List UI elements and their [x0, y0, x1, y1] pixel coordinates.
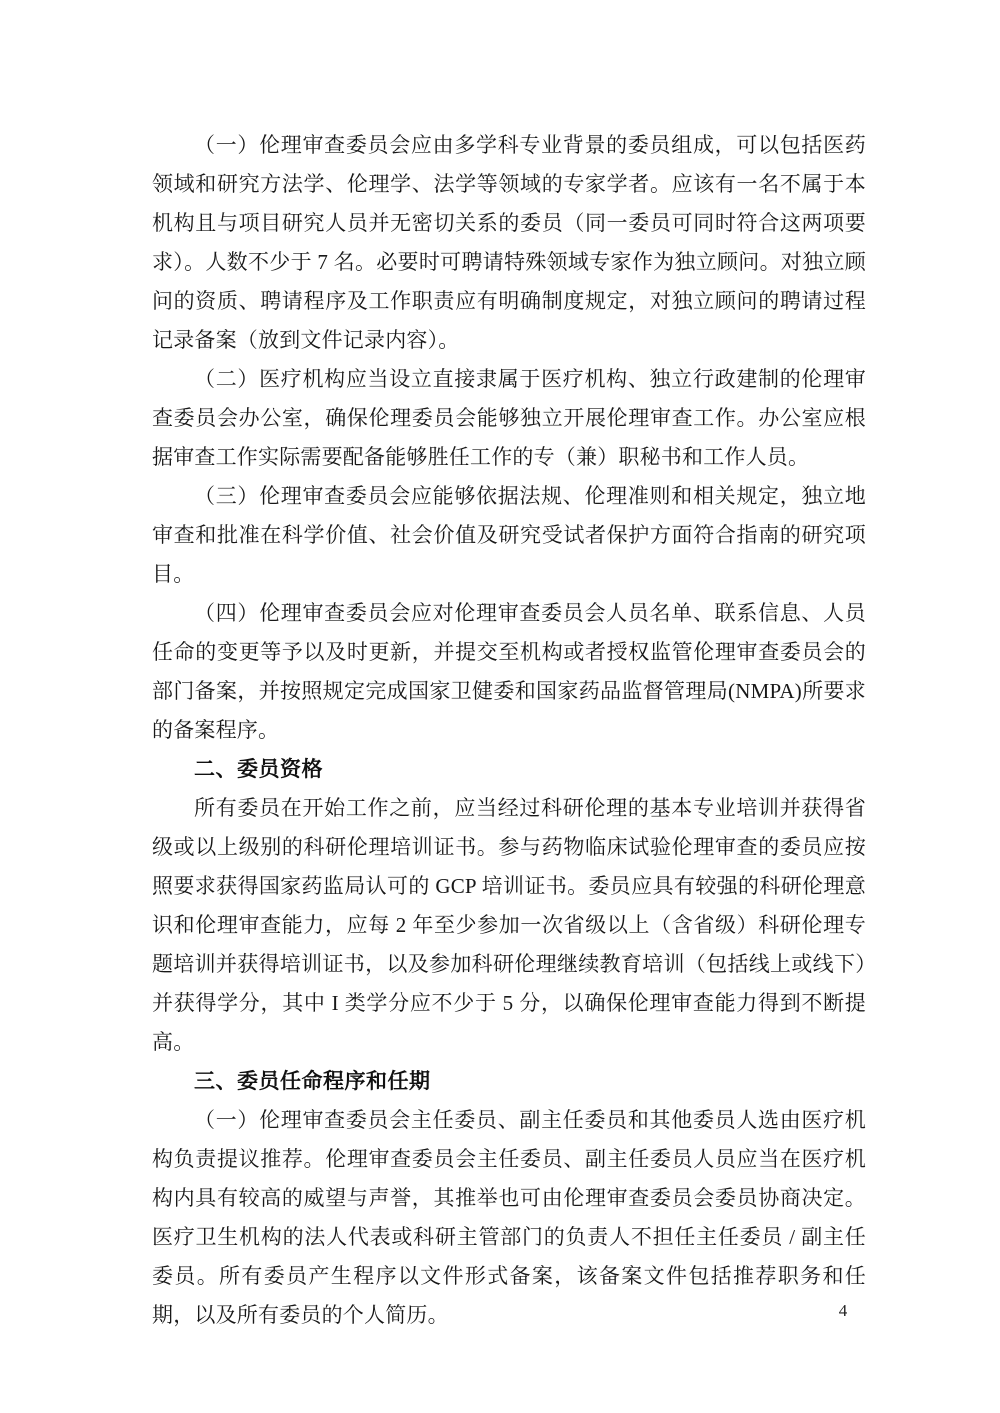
- paragraph-committee-composition: （一）伦理审查委员会应由多学科专业背景的委员组成，可以包括医药领域和研究方法学、…: [152, 126, 866, 360]
- section-heading-member-qualifications: 二、委员资格: [152, 750, 866, 789]
- page-number: 4: [828, 1299, 858, 1323]
- document-body: （一）伦理审查委员会应由多学科专业背景的委员组成，可以包括医药领域和研究方法学、…: [152, 126, 866, 1335]
- paragraph-independent-review: （三）伦理审查委员会应能够依据法规、伦理准则和相关规定，独立地审查和批准在科学价…: [152, 477, 866, 594]
- paragraph-member-training: 所有委员在开始工作之前，应当经过科研伦理的基本专业培训并获得省级或以上级别的科研…: [152, 789, 866, 1062]
- document-page: （一）伦理审查委员会应由多学科专业背景的委员组成，可以包括医药领域和研究方法学、…: [0, 0, 1000, 1413]
- section-heading-appointment-procedure: 三、委员任命程序和任期: [152, 1062, 866, 1101]
- paragraph-appointment-recommendation: （一）伦理审查委员会主任委员、副主任委员和其他委员人选由医疗机构负责提议推荐。伦…: [152, 1101, 866, 1335]
- paragraph-ethics-office: （二）医疗机构应当设立直接隶属于医疗机构、独立行政建制的伦理审查委员会办公室，确…: [152, 360, 866, 477]
- paragraph-filing-updates: （四）伦理审查委员会应对伦理审查委员会人员名单、联系信息、人员任命的变更等予以及…: [152, 594, 866, 750]
